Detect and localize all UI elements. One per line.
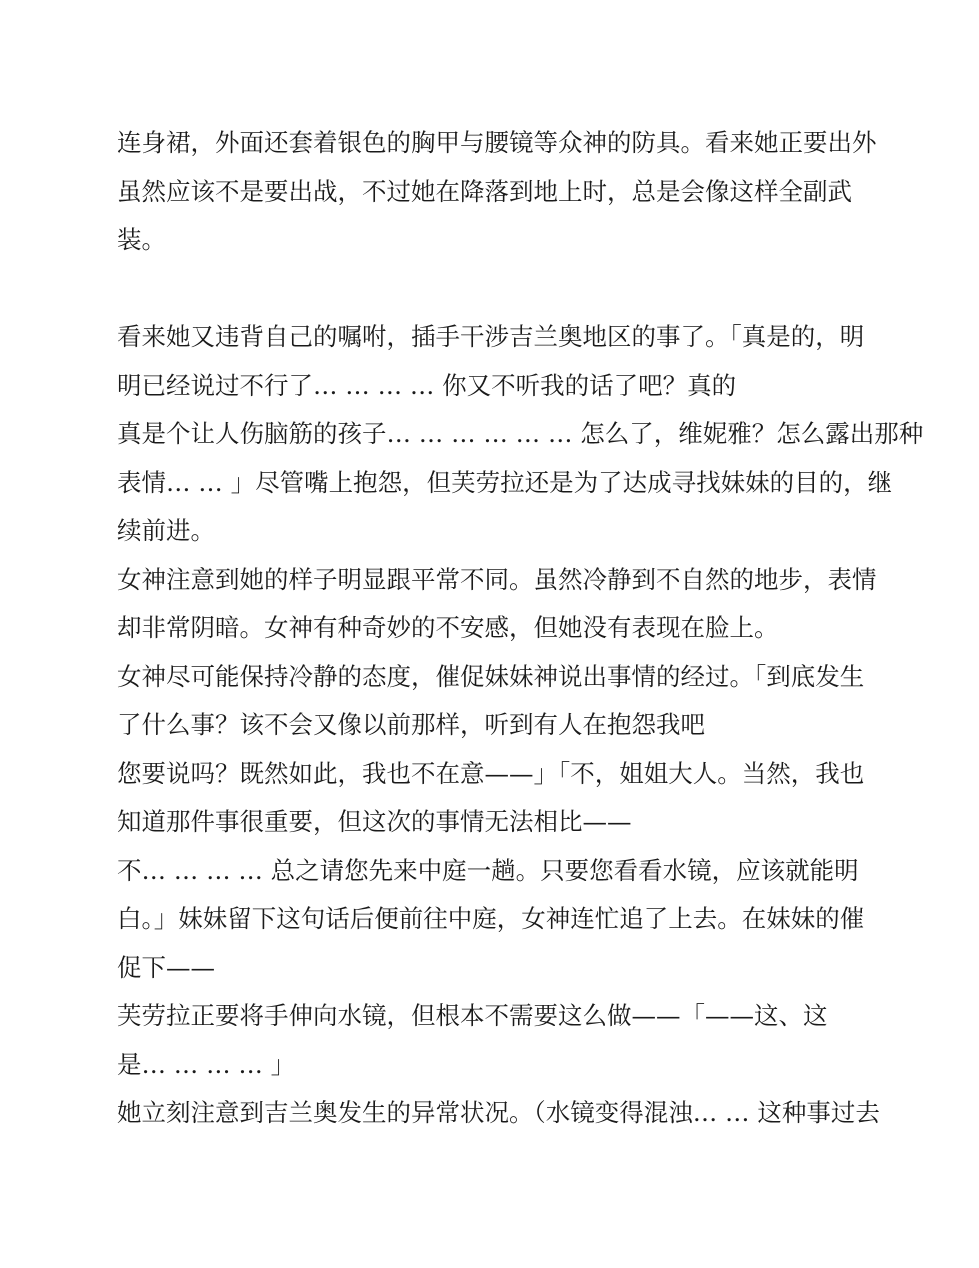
text-line: 您要说吗？既然如此，我也不在意——」「不，姐姐大人。当然，我也	[117, 750, 867, 799]
text-line: 装。	[117, 216, 867, 265]
text-line: 知道那件事很重要，但这次的事情无法相比——	[117, 798, 867, 847]
text-line: 芙劳拉正要将手伸向水镜，但根本不需要这么做——「——这、这	[117, 992, 867, 1041]
text-line: 她立刻注意到吉兰奥发生的异常状况。（水镜变得混浊… … 这种事过去	[117, 1089, 867, 1138]
text-line: 促下——	[117, 944, 867, 993]
text-line: 虽然应该不是要出战，不过她在降落到地上时，总是会像这样全副武	[117, 168, 867, 217]
text-line: 看来她又违背自己的嘱咐，插手干涉吉兰奥地区的事了。「真是的，明	[117, 313, 867, 362]
text-line: 是… … … … 」	[117, 1041, 867, 1090]
document-page: 连身裙，外面还套着银色的胸甲与腰镜等众神的防具。看来她正要出外 虽然应该不是要出…	[117, 119, 867, 1138]
text-line: 表情… … 」尽管嘴上抱怨，但芙劳拉还是为了达成寻找妹妹的目的，继	[117, 459, 867, 508]
text-line: 白。」妹妹留下这句话后便前往中庭，女神连忙追了上去。在妹妹的催	[117, 895, 867, 944]
text-line: 女神尽可能保持冷静的态度，催促妹妹神说出事情的经过。「到底发生	[117, 653, 867, 702]
blank-line	[117, 265, 867, 314]
text-line: 不… … … … 总之请您先来中庭一趟。只要您看看水镜，应该就能明	[117, 847, 867, 896]
text-line: 明已经说过不行了… … … … 你又不听我的话了吧？真的	[117, 362, 867, 411]
text-line: 女神注意到她的样子明显跟平常不同。虽然冷静到不自然的地步，表情	[117, 556, 867, 605]
text-line: 连身裙，外面还套着银色的胸甲与腰镜等众神的防具。看来她正要出外	[117, 119, 867, 168]
text-line: 续前进。	[117, 507, 867, 556]
text-line: 真是个让人伤脑筋的孩子… … … … … … 怎么了，维妮雅？怎么露出那种	[117, 410, 867, 459]
text-line: 了什么事？该不会又像以前那样，听到有人在抱怨我吧	[117, 701, 867, 750]
text-line: 却非常阴暗。女神有种奇妙的不安感，但她没有表现在脸上。	[117, 604, 867, 653]
